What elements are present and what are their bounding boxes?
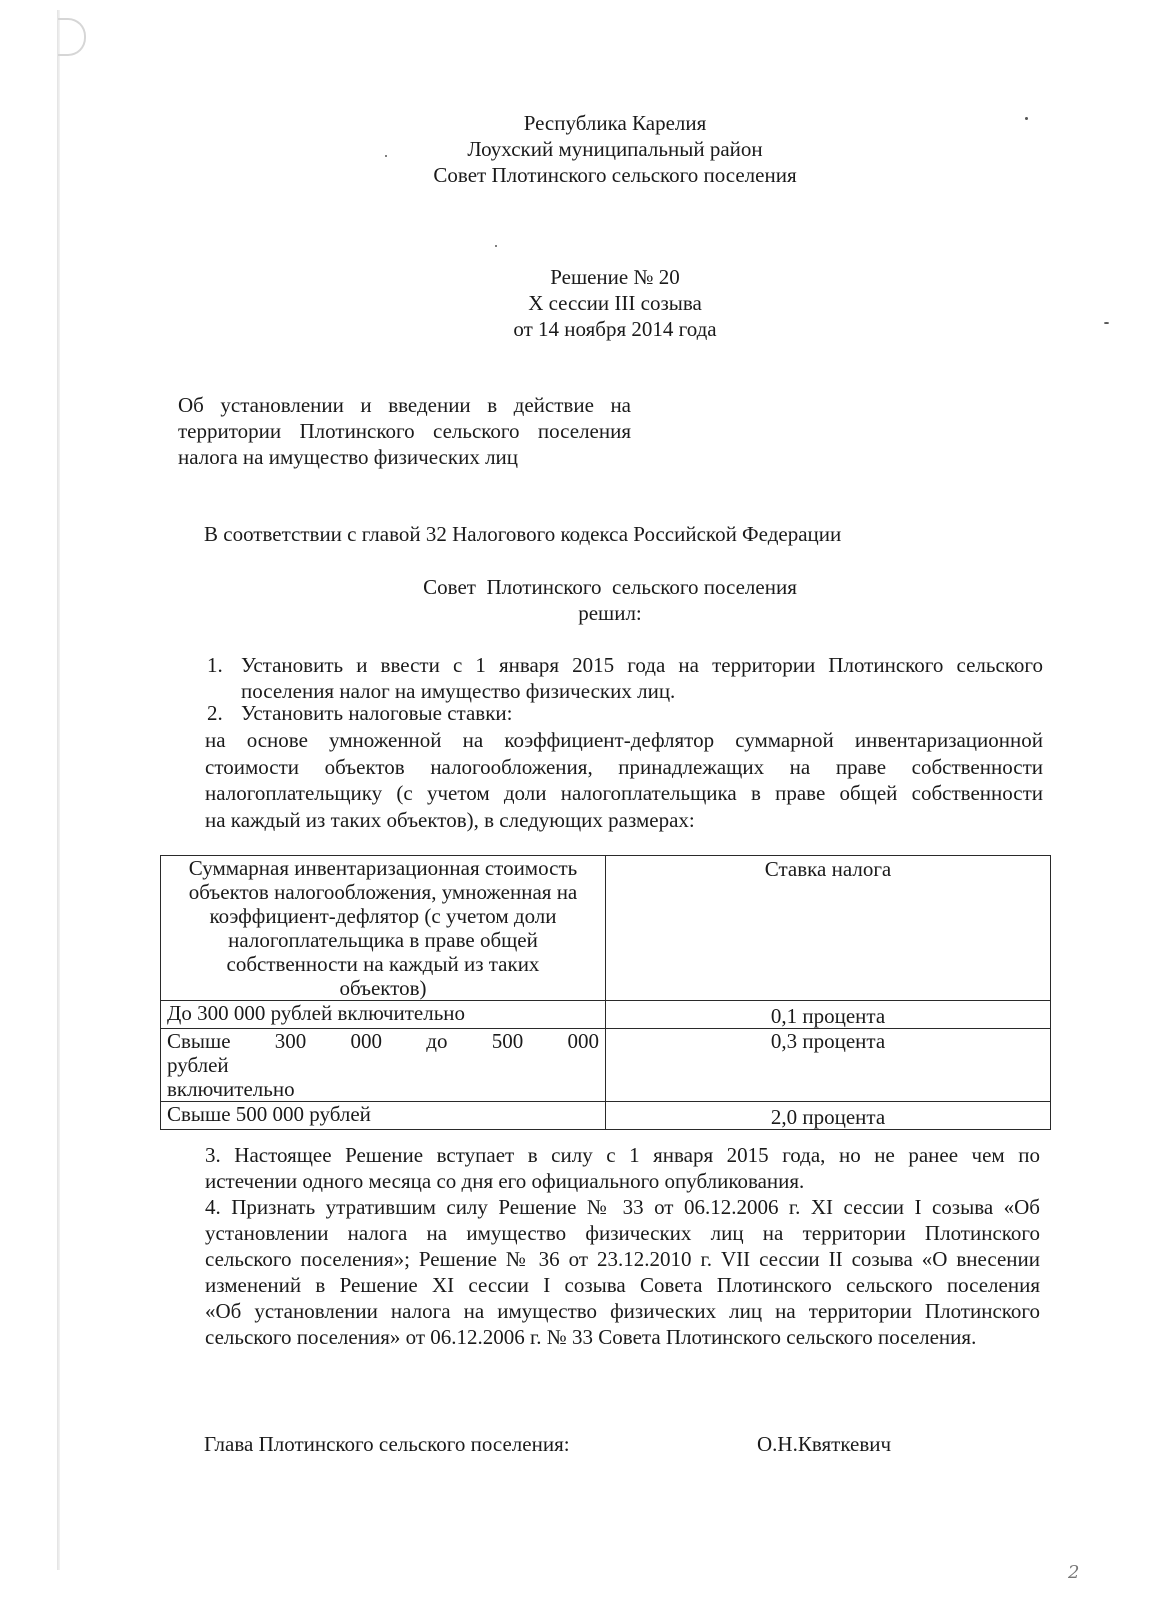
header-line: коэффициент-дефлятор (с учетом доли bbox=[167, 904, 599, 928]
header-line: объектов) bbox=[167, 976, 599, 1000]
item-2-para-line-4: на каждый из таких объектов), в следующи… bbox=[205, 807, 1043, 834]
item-4: 4. Признать утратившим силу Решение № 33… bbox=[205, 1194, 1040, 1350]
table-cell-range: Свыше 500 000 рублей bbox=[161, 1102, 606, 1130]
letterhead-republic: Республика Карелия bbox=[340, 110, 890, 136]
letterhead-district: Лоухский муниципальный район bbox=[340, 136, 890, 162]
table-cell-rate: 2,0 процента bbox=[606, 1102, 1051, 1130]
header-line: собственности на каждый из таких bbox=[167, 952, 599, 976]
subject-line-3: налога на имущество физических лиц bbox=[178, 444, 631, 470]
signature-title: Глава Плотинского сельского поселения: bbox=[204, 1431, 570, 1457]
item-2-paragraph: на основе умноженной на коэффициент-дефл… bbox=[205, 727, 1043, 833]
document-page: Республика Карелия Лоухский муниципальны… bbox=[0, 0, 1163, 1600]
letterhead-council: Совет Плотинского сельского поселения bbox=[340, 162, 890, 188]
table-header-rate-column: Ставка налога bbox=[606, 856, 1051, 1001]
subject-block: Об установлении и введении в действие на… bbox=[178, 392, 631, 470]
scan-punch-hole bbox=[58, 18, 86, 56]
tax-rates-table: Суммарная инвентаризационная стоимость о… bbox=[160, 855, 1051, 1130]
range-line-2: включительно bbox=[167, 1077, 599, 1101]
item-4-line-3: сельского поселения»; Решение № 36 от 23… bbox=[205, 1246, 1040, 1272]
item-3: 3. Настоящее Решение вступает в силу с 1… bbox=[205, 1142, 1040, 1194]
item-1-number: 1. bbox=[207, 652, 223, 678]
decision-title: Решение № 20 X сессии III созыва от 14 н… bbox=[460, 264, 770, 342]
table-cell-rate: 0,3 процента bbox=[606, 1029, 1051, 1102]
table-row: До 300 000 рублей включительно 0,1 проце… bbox=[161, 1001, 1051, 1029]
subject-line-2: территории Плотинского сельского поселен… bbox=[178, 418, 631, 444]
decision-session: X сессии III созыва bbox=[460, 290, 770, 316]
item-4-line-2: установлении налога на имущество физичес… bbox=[205, 1220, 1040, 1246]
header-line: налогоплательщика в праве общей bbox=[167, 928, 599, 952]
table-header-row: Суммарная инвентаризационная стоимость о… bbox=[161, 856, 1051, 1001]
item-1: Установить и ввести с 1 января 2015 года… bbox=[241, 652, 1043, 704]
scan-speck bbox=[495, 245, 497, 247]
item-4-line-5: «Об установлении налога на имущество физ… bbox=[205, 1298, 1040, 1324]
scan-binding-edge bbox=[57, 10, 60, 1570]
signature-name: О.Н.Квяткевич bbox=[757, 1431, 891, 1457]
scan-speck bbox=[1025, 117, 1028, 120]
decision-date: от 14 ноября 2014 года bbox=[460, 316, 770, 342]
table-cell-range: Свыше 300 000 до 500 000 рублей включите… bbox=[161, 1029, 606, 1102]
council-decided: решил: bbox=[380, 600, 840, 626]
table-row: Свыше 500 000 рублей 2,0 процента bbox=[161, 1102, 1051, 1130]
item-2-para-line-3: налогоплательщику (с учетом доли налогоп… bbox=[205, 780, 1043, 807]
item-2-number: 2. bbox=[207, 700, 223, 726]
preamble: В соответствии с главой 32 Налогового ко… bbox=[204, 521, 841, 547]
table-header-value-column: Суммарная инвентаризационная стоимость о… bbox=[161, 856, 606, 1001]
table-row: Свыше 300 000 до 500 000 рублей включите… bbox=[161, 1029, 1051, 1102]
scan-speck bbox=[1104, 322, 1109, 324]
scan-speck bbox=[385, 155, 387, 157]
table-cell-range: До 300 000 рублей включительно bbox=[161, 1001, 606, 1029]
item-3-line-1: 3. Настоящее Решение вступает в силу с 1… bbox=[205, 1142, 1040, 1168]
item-2-para-line-1: на основе умноженной на коэффициент-дефл… bbox=[205, 727, 1043, 754]
council-name: Совет Плотинского сельского поселения bbox=[380, 574, 840, 600]
item-4-line-6: сельского поселения» от 06.12.2006 г. № … bbox=[205, 1324, 1040, 1350]
header-line: объектов налогообложения, умноженная на bbox=[167, 880, 599, 904]
decision-number: Решение № 20 bbox=[460, 264, 770, 290]
handwritten-page-number: 2 bbox=[1068, 1562, 1079, 1583]
item-3-line-2: истечении одного месяца со дня его офици… bbox=[205, 1168, 1040, 1194]
item-1-line-1: Установить и ввести с 1 января 2015 года… bbox=[241, 652, 1043, 678]
item-4-line-1: 4. Признать утратившим силу Решение № 33… bbox=[205, 1194, 1040, 1220]
letterhead: Республика Карелия Лоухский муниципальны… bbox=[340, 110, 890, 188]
header-line: Суммарная инвентаризационная стоимость bbox=[167, 856, 599, 880]
council-resolution: Совет Плотинского сельского поселения ре… bbox=[380, 574, 840, 626]
table-cell-rate: 0,1 процента bbox=[606, 1001, 1051, 1029]
range-line-1: Свыше 300 000 до 500 000 рублей bbox=[167, 1029, 599, 1077]
item-2-line-1: Установить налоговые ставки: bbox=[241, 700, 513, 726]
item-2-para-line-2: стоимости объектов налогообложения, прин… bbox=[205, 754, 1043, 781]
subject-line-1: Об установлении и введении в действие на bbox=[178, 392, 631, 418]
item-4-line-4: изменений в Решение XI сессии I созыва С… bbox=[205, 1272, 1040, 1298]
